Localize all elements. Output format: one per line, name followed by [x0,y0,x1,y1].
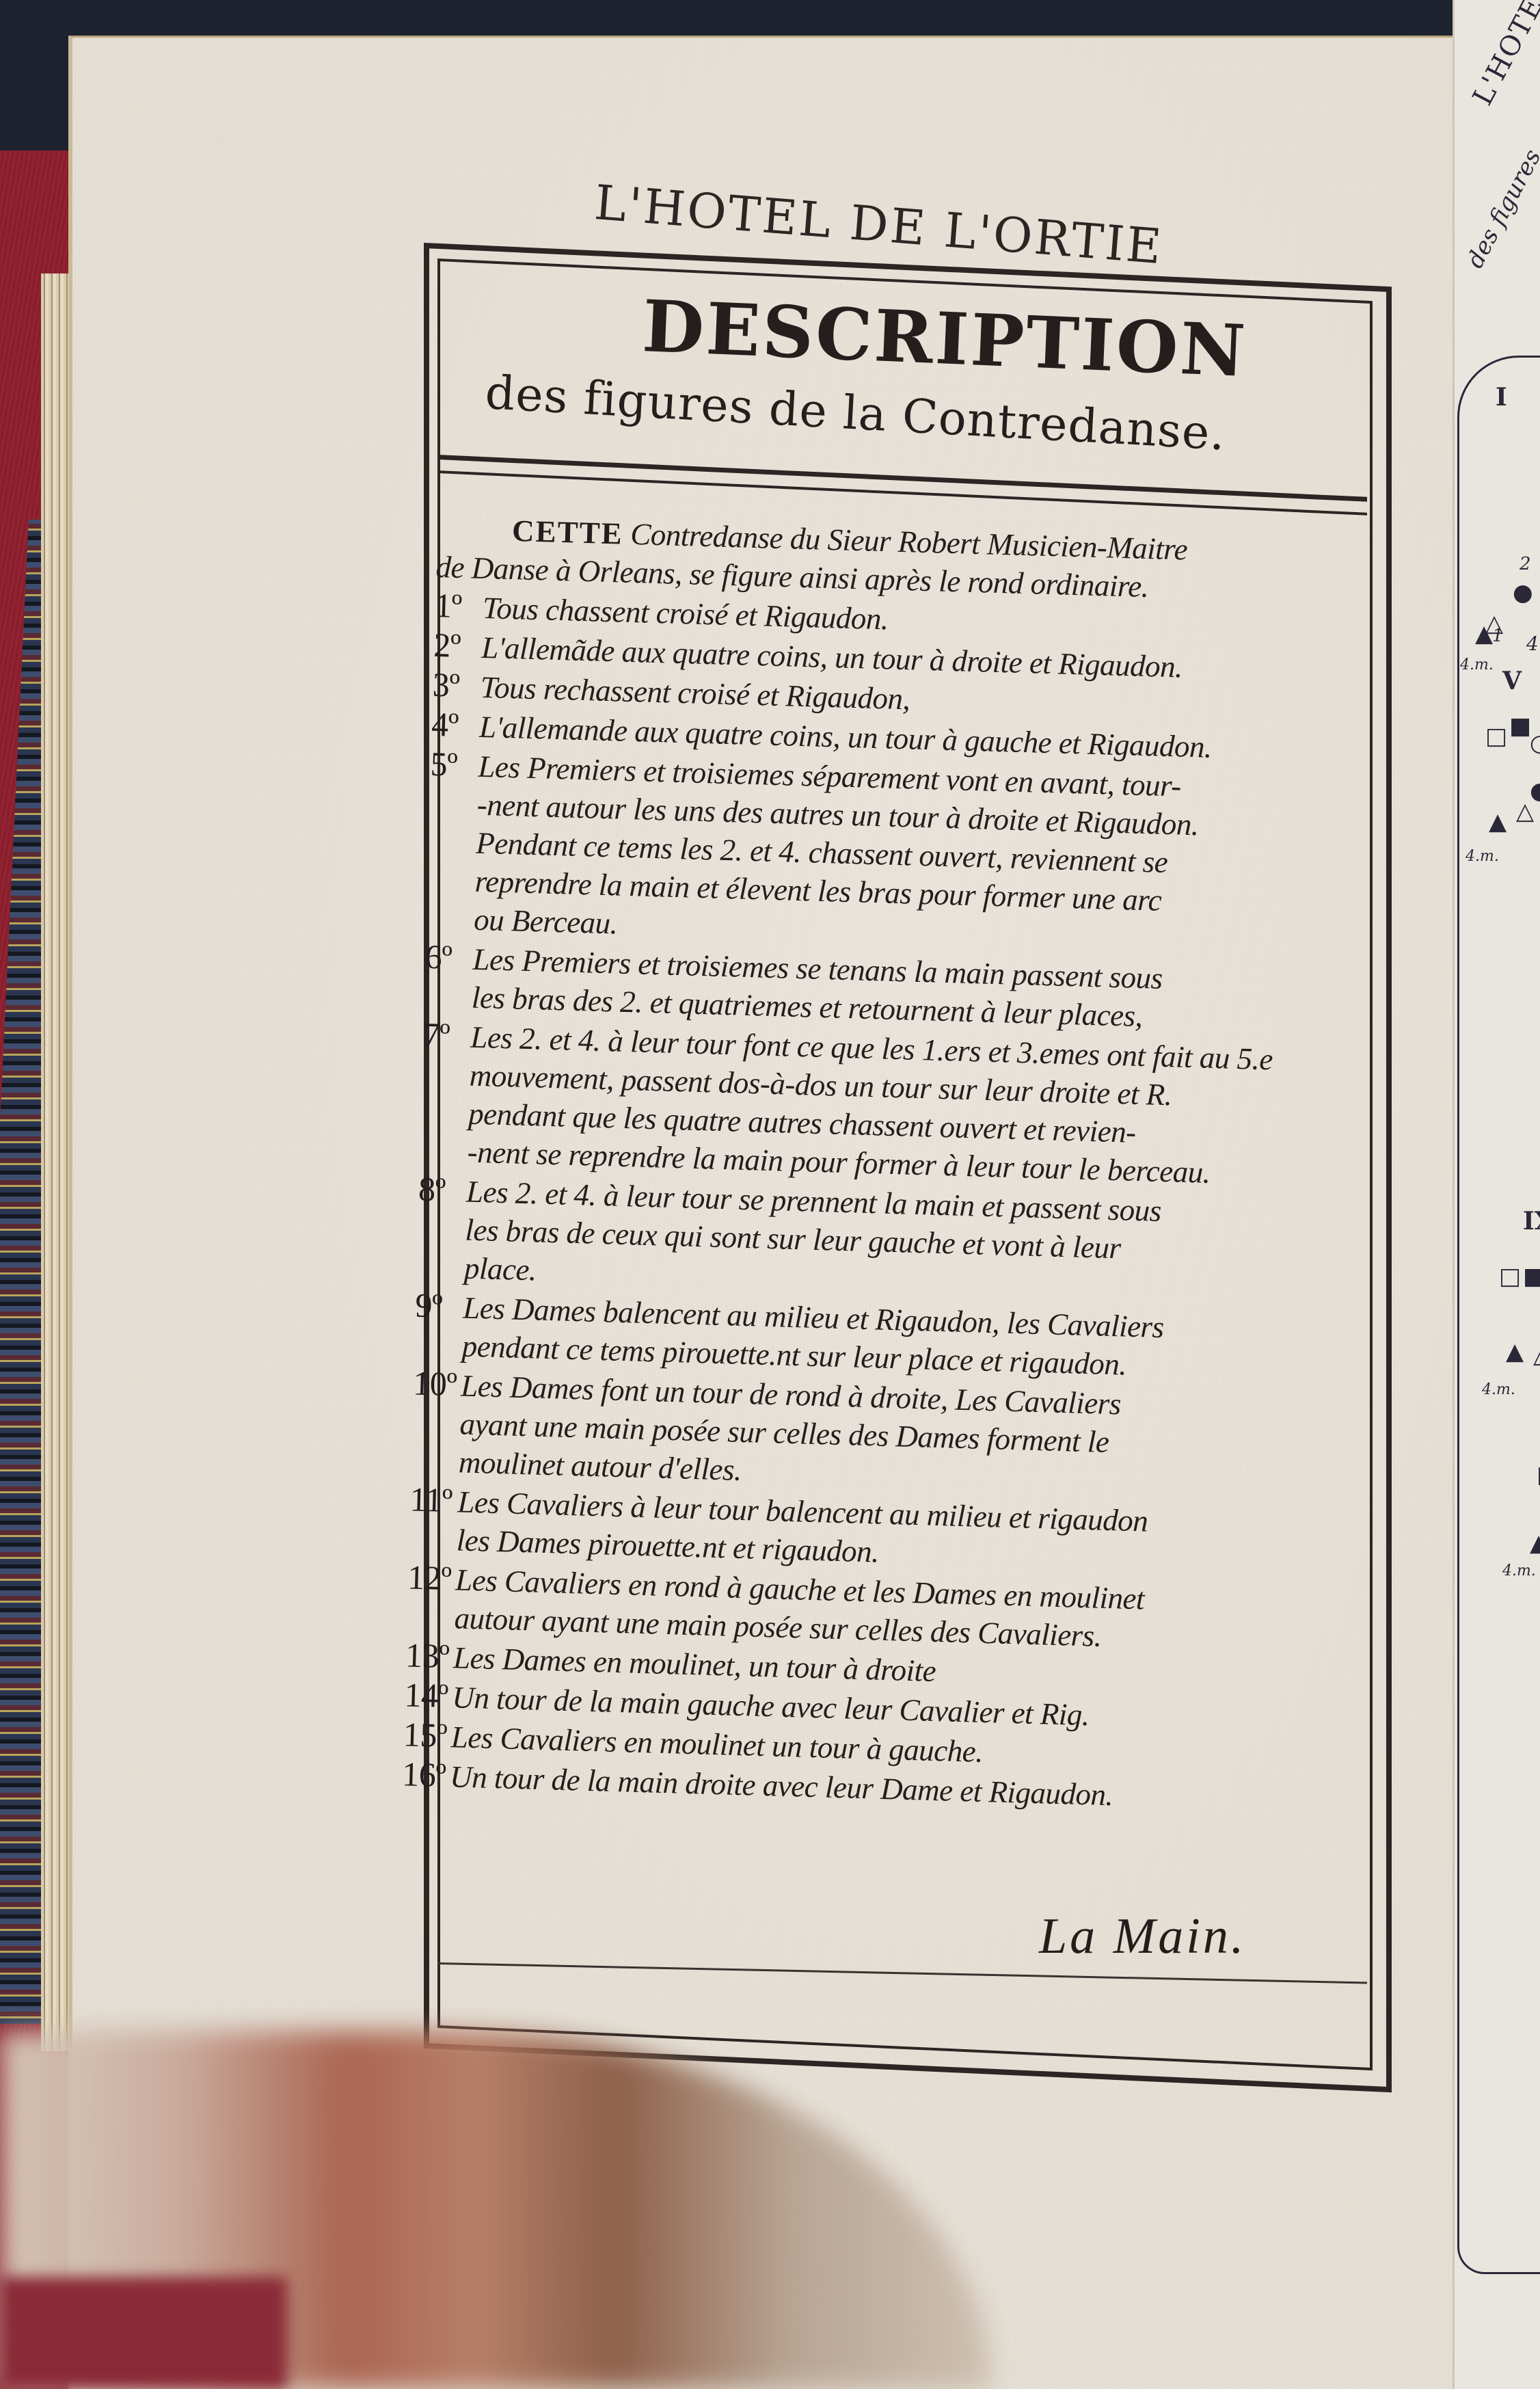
facing-subtitle: des figures [1461,145,1540,273]
roman-numeral-ix: IX [1523,1207,1540,1236]
dancer-square-icon: □ [1537,1463,1540,1486]
dancer-triangle-filled-icon: ▲ [1475,622,1493,645]
roman-numeral-i: I [1496,383,1507,412]
figure-number: 8º [418,1170,467,1210]
dancer-triangle-icon: △ [1533,1344,1540,1367]
dancer-circle-filled-icon: ● [1513,581,1533,604]
dancer-number: 4 [1526,632,1539,655]
measure-label: 4.m. [1460,656,1494,673]
roman-numeral-v: V [1502,667,1522,695]
figure-number: 6º [424,937,474,977]
figure-number: 10º [413,1364,462,1404]
intro-lead-word: CETTE [511,513,623,551]
measure-label: 4.m. [1482,1381,1515,1398]
measure-label: 4.m. [1502,1562,1536,1579]
facing-page: L'HOTE des figures I V IX 4.m. 4.m. 4.m.… [1453,0,1540,2389]
dancer-circle-icon: ○ [1530,732,1540,755]
dancer-triangle-icon: △ [1516,800,1534,823]
dancer-triangle-filled-icon: ▲ [1489,810,1507,833]
figure-number: 11º [409,1480,459,1519]
figure-number: 14º [404,1675,453,1715]
figure-number: 5º [430,745,479,784]
dance-description-body: CETTE Contredanse du Sieur Robert Musici… [402,509,1374,1821]
figure-number: 13º [405,1636,454,1675]
figure-number: 2º [433,626,483,665]
dancer-square-icon: □ [1485,725,1507,748]
figure-number: 12º [407,1558,457,1597]
dancer-triangle-filled-icon: ▲ [1530,1532,1540,1555]
facing-running-head: L'HOTE [1467,0,1540,111]
dancer-square-icon: □ [1499,1265,1521,1288]
figure-number: 16º [402,1754,451,1794]
figure-number: 9º [415,1286,464,1326]
measure-label: 4.m. [1465,848,1499,865]
figure-number: 3º [432,665,481,705]
dancer-number: 2 [1519,554,1531,574]
figure-number: 1º [434,586,483,626]
figure-number: 15º [403,1715,452,1754]
figure-number: 7º [422,1015,472,1055]
figure-number: 4º [431,705,480,745]
dancer-square-filled-icon: ■ [1523,1265,1540,1288]
dancer-triangle-filled-icon: ▲ [1506,1340,1524,1363]
red-cloth-background-bottom [0,2277,287,2389]
dancer-square-filled-icon: ■ [1509,715,1531,738]
engraver-signature: La Main. [1039,1908,1246,1966]
